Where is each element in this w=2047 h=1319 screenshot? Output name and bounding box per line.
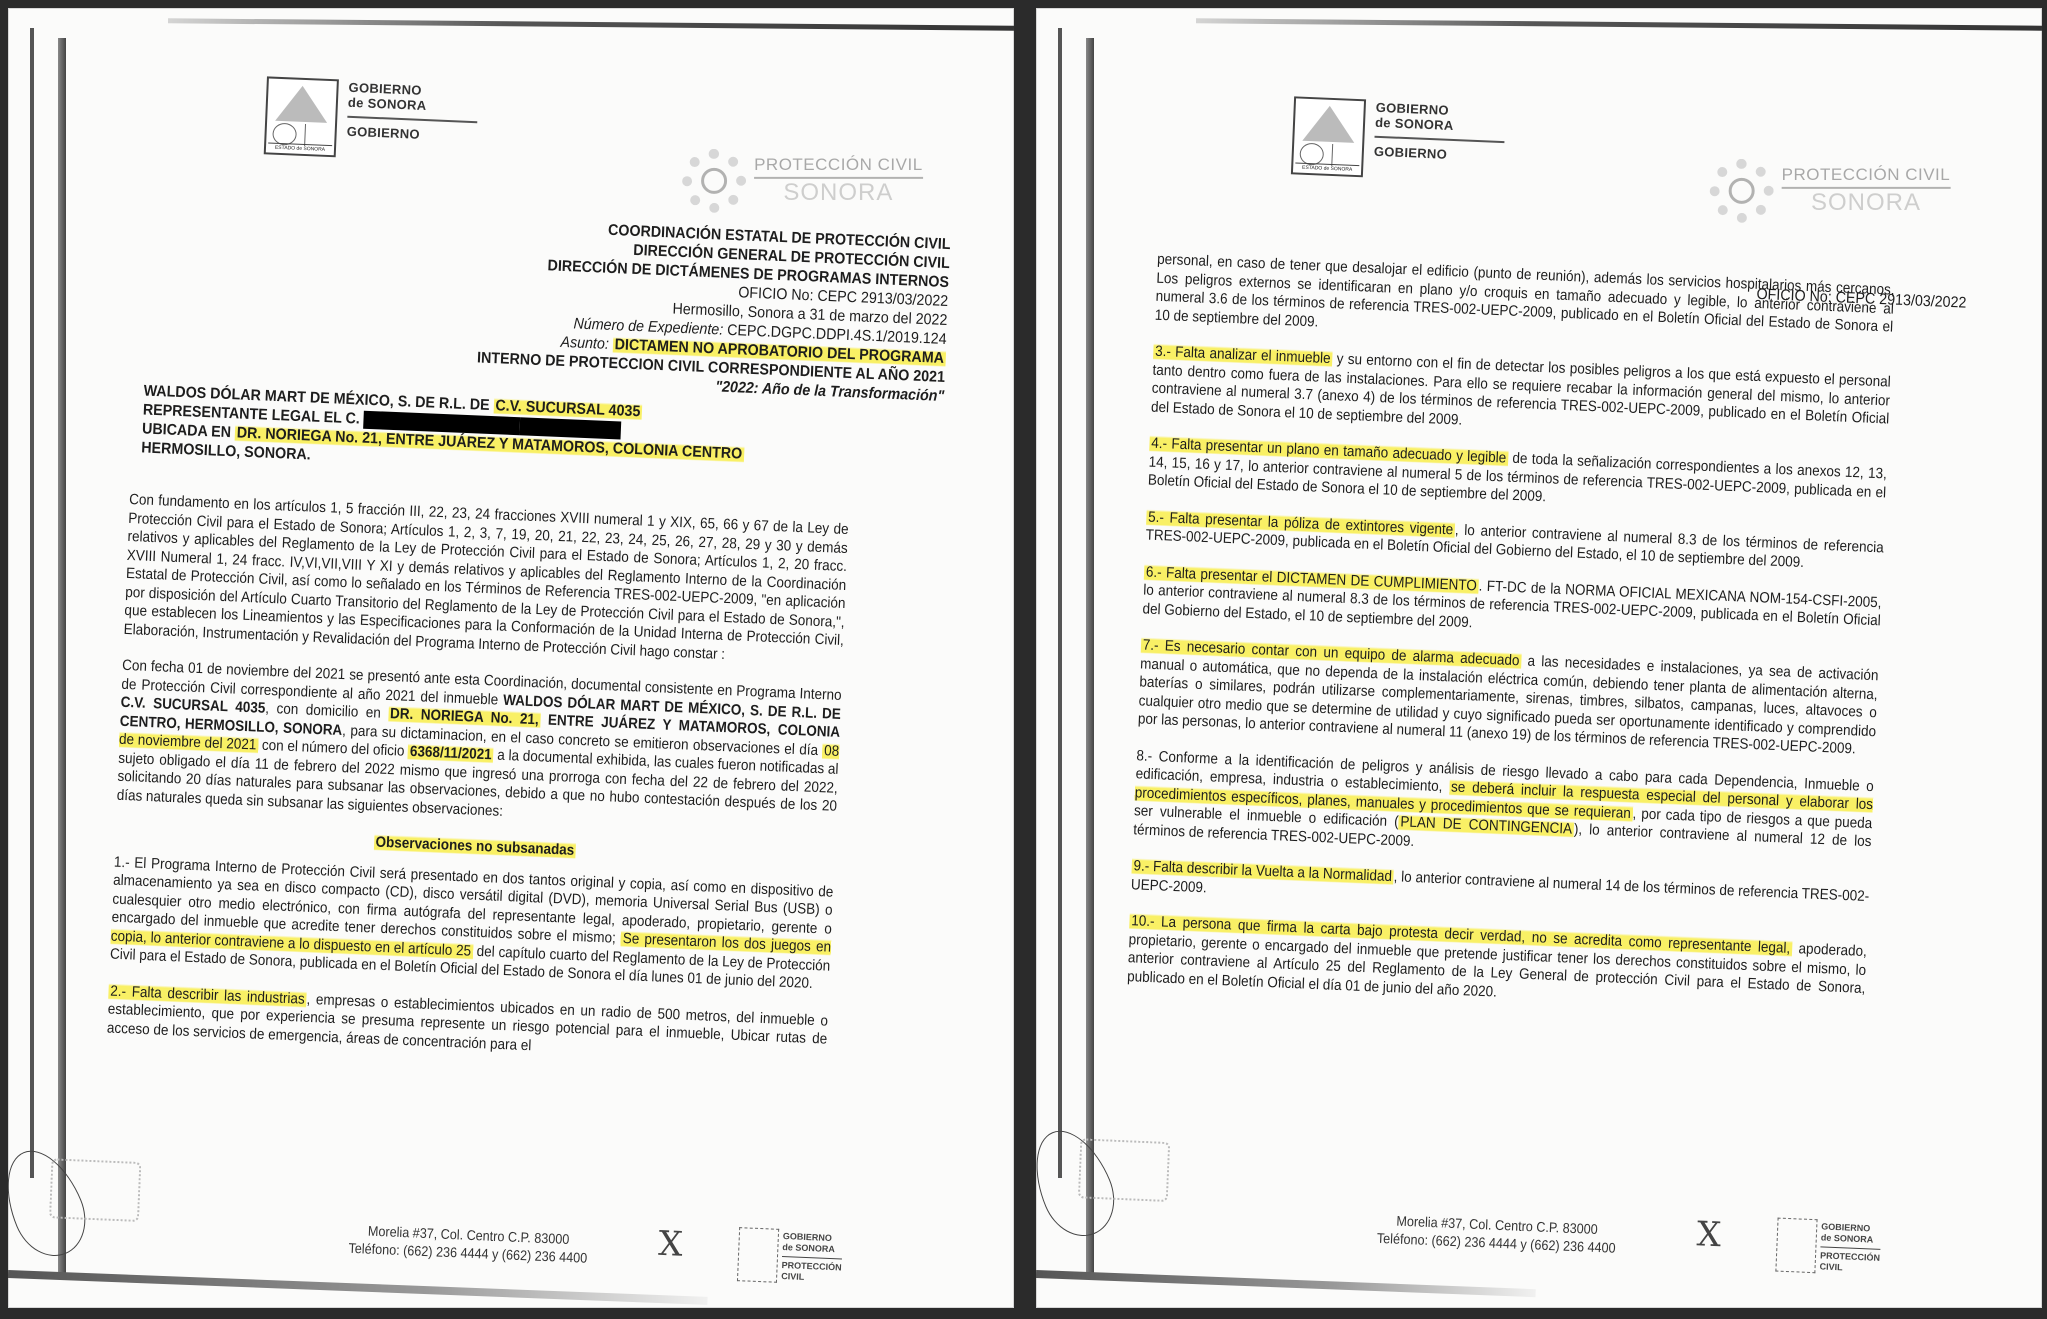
initial-mark: Ⅹ (658, 1224, 684, 1265)
proteccion-civil-seal-icon (1710, 159, 1774, 223)
proteccion-civil-logo: PROTECCIÓN CIVIL SONORA (682, 149, 923, 213)
continuation-paragraph: personal, en caso de tener que desalojar… (1154, 251, 1894, 356)
initial-mark: Ⅹ (1696, 1214, 1722, 1255)
faded-stamp (1078, 1138, 1170, 1202)
page-footer: Morelia #37, Col. Centro C.P. 83000 Telé… (315, 1219, 622, 1268)
logo-text: GOBIERNO (1374, 144, 1505, 164)
observation-8: 8.- Conforme a la identificación de peli… (1133, 747, 1874, 870)
observation-5: 5.- Falta presentar la póliza de extinto… (1145, 508, 1884, 576)
document-page-2: ESTADO de SONORA GOBIERNO de SONORA GOBI… (1036, 8, 2042, 1308)
faded-stamp (49, 1158, 141, 1222)
gobierno-sonora-logo: ESTADO de SONORA GOBIERNO de SONORA GOBI… (1291, 96, 1506, 183)
page-1-content: ESTADO de SONORA GOBIERNO de SONORA GOBI… (16, 48, 997, 1308)
body-text: Con fundamento en los artículos 1, 5 fra… (106, 491, 849, 1086)
observation-9: 9.- Falta describir la Vuelta a la Norma… (1131, 857, 1870, 925)
coat-of-arms-icon: ESTADO de SONORA (1291, 96, 1366, 177)
observations-heading: Observaciones no subsanadas (373, 834, 576, 859)
page-footer: Morelia #37, Col. Centro C.P. 83000 Telé… (1343, 1209, 1650, 1258)
page-2-content: ESTADO de SONORA GOBIERNO de SONORA GOBI… (1044, 48, 2025, 1308)
coat-of-arms-icon: ESTADO de SONORA (264, 76, 339, 157)
proteccion-civil-logo: PROTECCIÓN CIVIL SONORA (1710, 159, 1951, 223)
document-page-1: ESTADO de SONORA GOBIERNO de SONORA GOBI… (8, 8, 1014, 1308)
logo-text: GOBIERNO (346, 124, 477, 144)
gobierno-sonora-logo: ESTADO de SONORA GOBIERNO de SONORA GOBI… (264, 76, 479, 163)
scan-artifact (168, 18, 1014, 30)
coat-of-arms-icon (1775, 1218, 1817, 1274)
observation-10: 10.- La persona que firma la carta bajo … (1127, 912, 1867, 1017)
letterhead: COORDINACIÓN ESTATAL DE PROTECCIÓN CIVIL… (476, 216, 951, 406)
observation-3: 3.- Falta analizar el inmueble y su ento… (1151, 343, 1891, 448)
observation-6: 6.- Falta presentar el DICTAMEN DE CUMPL… (1142, 563, 1882, 649)
fundamento-paragraph: Con fundamento en los artículos 1, 5 fra… (123, 491, 849, 669)
scan-artifact (1196, 18, 2042, 30)
fecha-paragraph: Con fecha 01 de noviembre del 2021 se pr… (116, 657, 842, 835)
observation-1: 1.- El Programa Interno de Protección Ci… (110, 853, 834, 994)
observation-4: 4.- Falta presentar un plano en tamaño a… (1148, 435, 1888, 521)
observation-7: 7.- Es necesario contar con un equipo de… (1138, 636, 1879, 759)
footer-logo: GOBIERNO de SONORA PROTECCIÓN CIVIL (737, 1227, 843, 1285)
body-text: personal, en caso de tener que desalojar… (1126, 251, 1895, 1035)
coat-of-arms-icon (737, 1227, 779, 1283)
highlighted-text: 6368/11/2021 (408, 743, 494, 764)
proteccion-civil-seal-icon (682, 149, 746, 213)
footer-logo: GOBIERNO de SONORA PROTECCIÓN CIVIL (1775, 1218, 1881, 1276)
observation-2: 2.- Falta describir las industrias, empr… (107, 982, 829, 1068)
